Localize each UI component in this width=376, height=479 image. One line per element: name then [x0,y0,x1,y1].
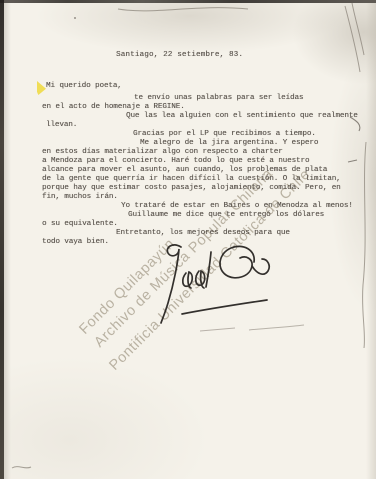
pen-margin-marks [348,117,360,162]
letter-line: fin, muchos irán. [42,193,118,201]
scan-edge-top [0,0,376,3]
letter-line: te envío unas palabras para ser leídas [134,94,303,102]
letter-line: en estos días materializar algo con resp… [42,148,283,156]
letter-line: de la gente que querría ir hacen difícil… [42,175,341,183]
ink-speck [74,17,76,19]
letter-line: llevan. [46,121,77,129]
letter-line: porque hay que estimar costo pasajes, al… [42,184,341,192]
pencil-dashes [200,325,304,331]
letter-line: Entretanto, los mejores deseos para que [116,229,290,237]
scan-edge-left [0,0,4,479]
salutation-line: Mi querido poeta, [46,82,122,90]
date-line: Santiago, 22 setiembre, 83. [116,51,243,59]
letter-line: Me alegro de la jira argentina. Y espero [140,139,318,147]
letter-line: Gracias por el LP que recibimos a tiempo… [133,130,316,138]
closing-line: todo vaya bien. [42,238,109,246]
highlight-mark [37,81,46,95]
letter-line: Guillaume me dice que te entregó los dól… [128,211,324,219]
watermark-line-2: Archivo de Música Popular Chilena [91,166,276,351]
letter-line: Que las lea alguien con el sentimiento q… [126,112,358,120]
letter-line: alcance para mover el asunto, aun cuando… [42,166,327,174]
letter-line: o su equivalente. [42,220,118,228]
letter-line: Yo trataré de estar en Baires o en Menod… [121,202,353,210]
letter-page: Fondo Quilapayún Archivo de Música Popul… [0,0,376,479]
letter-line: a Mendoza para el concierto. Haré todo l… [42,157,309,165]
letter-line: en el acto de homenaje a REGINE. [42,103,185,111]
